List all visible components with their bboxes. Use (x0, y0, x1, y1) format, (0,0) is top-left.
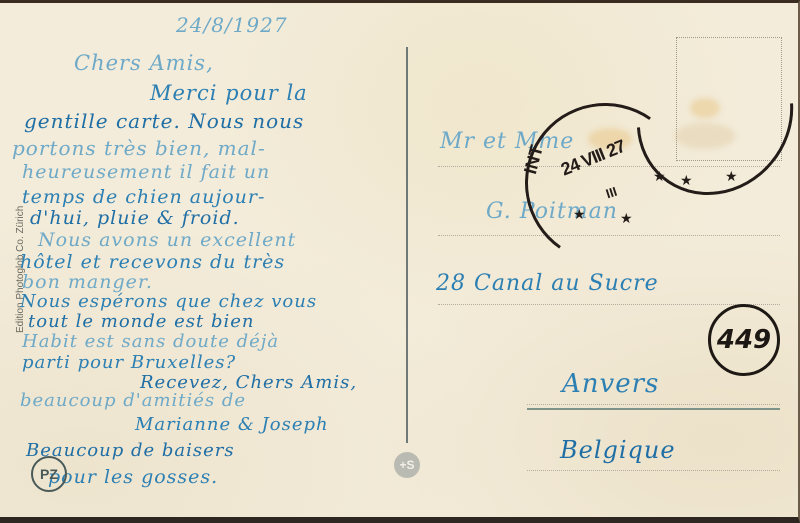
message-line: pour les gosses. (48, 466, 218, 488)
message-line: Nous avons un excellent (38, 229, 296, 251)
message-line: Chers Amis, (74, 51, 214, 75)
publisher-logo: PZ (31, 456, 67, 492)
center-divider (406, 47, 408, 443)
message-line: tout le monde est bien (28, 311, 255, 332)
message-line: d'hui, pluie & froid. (30, 207, 240, 229)
swiss-mark: +S (394, 452, 420, 478)
message-line: Habit est sans doute déjà (22, 331, 279, 352)
address-country: Belgique (560, 436, 676, 464)
address-street: 28 Canal au Sucre (436, 271, 659, 296)
postmark-star: ★ (653, 171, 666, 185)
message-line: Nous espérons que chez vous (20, 291, 317, 312)
postmark-star: ★ (680, 175, 693, 189)
message-line: parti pour Bruxelles? (22, 352, 236, 373)
address-line (527, 470, 780, 471)
address-line (438, 304, 780, 305)
address-line-solid (527, 408, 780, 410)
registration-mark: 449 (708, 304, 780, 376)
message-line: portons très bien, mal- (12, 136, 266, 160)
message-line: Marianne & Joseph (135, 414, 329, 435)
message-line: heureusement il fait un (22, 161, 270, 183)
message-line: beaucoup d'amitiés de (20, 390, 246, 411)
address-line (527, 404, 780, 405)
message-line: hôtel et recevons du très (20, 251, 285, 273)
address-city: Anvers (562, 369, 659, 399)
postcard-back: Edition Photoglob Co. Zürich 24/8/1927 C… (0, 0, 800, 523)
message-line: temps de chien aujour- (22, 186, 265, 208)
message-line: Merci pour la (150, 81, 308, 105)
postmark-star: ★ (725, 171, 738, 185)
message-line: gentille carte. Nous nous (24, 109, 304, 133)
postmark-star: ★ (620, 213, 633, 227)
postmark-star: ★ (573, 209, 586, 223)
message-line: bon manger. (22, 271, 153, 293)
handwritten-date: 24/8/1927 (176, 13, 288, 37)
